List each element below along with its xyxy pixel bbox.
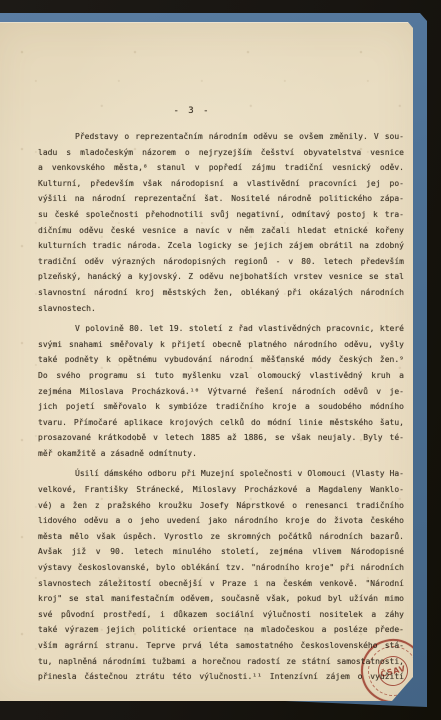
text-line: Do svého programu si tuto myšlenku vzal … (38, 368, 404, 384)
text-line: kulturních tradic národa. Zcela logicky … (38, 238, 404, 254)
text-line: kroj" se stal manifestačním oděvem, souč… (38, 591, 404, 607)
text-line: přinesla částečnou ztrátu této výlučnost… (38, 669, 404, 685)
text-line: výšili na národní reprezentační šat. Nos… (38, 191, 404, 207)
text-line: ladu s mladočeským názorem o nejryzejším… (38, 145, 404, 161)
text-line: vším agrární stranu. Teprve prvá léta sa… (38, 638, 404, 654)
text-line: Úsilí dámského odboru při Muzejní společ… (38, 466, 404, 482)
paragraph: Představy o reprezentačním národním oděv… (38, 129, 404, 316)
text-line: slavnostech záležitostí obecnější v Praz… (38, 576, 404, 592)
text-line: zejména Miloslava Procházková.¹⁰ Výtvarn… (38, 384, 404, 400)
text-line: města mělo však úspěch. Vyrostlo ze skro… (38, 529, 404, 545)
paragraph: V polovině 80. let 19. století z řad vla… (38, 321, 404, 461)
text-line: dičnímu oděvu české vesnice a navíc v ně… (38, 223, 404, 239)
text-line: vé) a žen z pražského kroužku Josefy Náp… (38, 498, 404, 514)
text-line: také podněty k opětnému vybudování národ… (38, 352, 404, 368)
text-line: tradiční oděv výrazných národopisných re… (38, 254, 404, 270)
text-line: jich pojetí směřovalo k symbióze tradičn… (38, 399, 404, 415)
text-line: měř okamžitě a zásadně odmítnuty. (38, 446, 404, 462)
text-line: výstavy českoslovanské, bylo oblékání tz… (38, 560, 404, 576)
text-line: své původní prostředí, i důkazem sociáln… (38, 607, 404, 623)
page-text: Představy o reprezentačním národním oděv… (38, 129, 404, 685)
text-line: prosazované krátkodobě v letech 1885 až … (38, 430, 404, 446)
text-line: Kulturní, především však národopisní a v… (38, 176, 404, 192)
text-line: Avšak již v 90. letech minulého století,… (38, 544, 404, 560)
stamp-center-text: ČSAV (379, 664, 406, 679)
text-line: slavnostech. (38, 301, 404, 317)
text-line: plzeňský, hanácký a kyjovský. Z oděvu ne… (38, 269, 404, 285)
text-line: také výrazem jejich politické orientace … (38, 622, 404, 638)
text-line: tu, naplněná národními tužbami a horečno… (38, 654, 404, 670)
text-line: su české společnosti přehodnotili svůj n… (38, 207, 404, 223)
paragraph: Úsilí dámského odboru při Muzejní společ… (38, 466, 404, 684)
scanned-page-scene: - 3 - Představy o reprezentačním národní… (0, 0, 441, 720)
text-line: lidového oděvu a o jeho uvedení jako nár… (38, 513, 404, 529)
text-line: Představy o reprezentačním národním oděv… (38, 129, 404, 145)
page-number: - 3 - (10, 106, 374, 116)
text-line: slavnostní národní kroj městských žen, o… (38, 285, 404, 301)
text-line: V polovině 80. let 19. století z řad vla… (38, 321, 404, 337)
text-line: svými snahami směřovaly k přijetí obecně… (38, 337, 404, 353)
document-page: - 3 - Představy o reprezentačním národní… (0, 22, 413, 701)
text-line: velkové, Františky Stránecké, Miloslavy … (38, 482, 404, 498)
text-line: tvaru. Přímočaré aplikace krojových celk… (38, 415, 404, 431)
text-line: a venkovského města,⁸ stanul v popředí z… (38, 160, 404, 176)
